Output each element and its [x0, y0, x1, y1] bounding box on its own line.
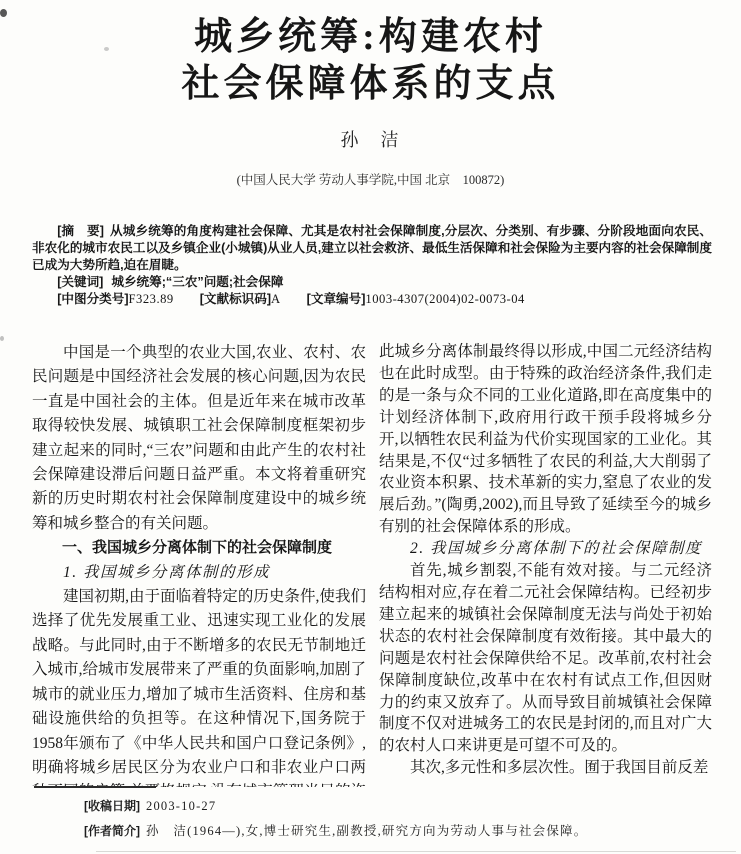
- abstract-label: [摘 要]: [57, 224, 104, 238]
- classification-line: [中图分类号]F323.89[文献标识码]A[文章编号]1003-4307(20…: [32, 291, 712, 308]
- paper-page: 城乡统筹:构建农村 社会保障体系的支点 孙 洁 (中国人民大学 劳动人事学院,中…: [0, 0, 741, 854]
- subsection-heading-2: 2. 我国城乡分离体制下的社会保障制度: [379, 538, 712, 560]
- article-meta: [摘 要]从城乡统筹的角度构建社会保障、尤其是农村社会保障制度,分层次、分类别、…: [32, 223, 712, 308]
- clc-value: F323.89: [129, 292, 174, 306]
- body-paragraph: 中国是一个典型的农业大国,农业、农村、农民问题是中国经济社会发展的核心问题,因为…: [32, 341, 366, 536]
- body-paragraph: 首先,城乡割裂,不能有效对接。与二元经济结构相对应,存在着二元社会保障结构。已经…: [379, 560, 712, 757]
- right-column: 此城乡分离体制最终得以形成,中国二元经济结构也在此时成型。由于特殊的政治经济条件…: [379, 341, 712, 787]
- footnote-block: [收稿日期]2003-10-27 [作者简介]孙 洁(1964—),女,博士研究…: [32, 786, 722, 844]
- footnote-separator: [34, 786, 156, 788]
- article-header: 城乡统筹:构建农村 社会保障体系的支点 孙 洁 (中国人民大学 劳动人事学院,中…: [0, 14, 741, 189]
- abstract: [摘 要]从城乡统筹的角度构建社会保障、尤其是农村社会保障制度,分层次、分类别、…: [32, 223, 712, 274]
- received-date-line: [收稿日期]2003-10-27: [32, 794, 722, 819]
- author-bio-value: 孙 洁(1964—),女,博士研究生,副教授,研究方向为劳动人事与社会保障。: [146, 824, 587, 838]
- author-bio-label: [作者简介]: [84, 824, 140, 838]
- author-name: 孙 洁: [0, 128, 741, 152]
- doc-code-label: [文献标识码]: [200, 292, 271, 306]
- keywords: [关键词]城乡统筹;“三农”问题;社会保障: [32, 274, 712, 291]
- section-heading-1: 一、我国城乡分离体制下的社会保障制度: [32, 536, 366, 560]
- keywords-text: 城乡统筹;“三农”问题;社会保障: [111, 275, 283, 289]
- article-id-value: 1003-4307(2004)02-0073-04: [365, 292, 524, 306]
- keywords-label: [关键词]: [57, 275, 103, 289]
- clc-label: [中图分类号]: [57, 292, 128, 306]
- doc-code-value: A: [271, 292, 281, 306]
- body-paragraph: 建国初期,由于面临着特定的历史条件,使我们选择了优先发展重工业、迅速实现工业化的…: [32, 585, 366, 787]
- received-date-value: 2003-10-27: [146, 799, 216, 813]
- subsection-heading-1: 1. 我国城乡分离体制的形成: [32, 561, 366, 585]
- received-date-label: [收稿日期]: [84, 799, 140, 813]
- body-paragraph: 其次,多元性和多层次性。囿于我国目前反差: [379, 757, 712, 779]
- body-columns: 中国是一个典型的农业大国,农业、农村、农民问题是中国经济社会发展的核心问题,因为…: [32, 341, 712, 787]
- scan-speck-artifact: [0, 336, 4, 341]
- body-paragraph: 此城乡分离体制最终得以形成,中国二元经济结构也在此时成型。由于特殊的政治经济条件…: [379, 341, 712, 538]
- author-bio-line: [作者简介]孙 洁(1964—),女,博士研究生,副教授,研究方向为劳动人事与社…: [32, 819, 722, 844]
- article-title-line2: 社会保障体系的支点: [0, 61, 741, 108]
- left-column: 中国是一个典型的农业大国,农业、农村、农民问题是中国经济社会发展的核心问题,因为…: [32, 341, 366, 787]
- author-affiliation: (中国人民大学 劳动人事学院,中国 北京 100872): [0, 171, 741, 189]
- abstract-text: 从城乡统筹的角度构建社会保障、尤其是农村社会保障制度,分层次、分类别、有步骤、分…: [32, 224, 712, 272]
- article-title-line1: 城乡统筹:构建农村: [0, 14, 741, 61]
- scan-streak-artifact: [96, 851, 736, 852]
- article-id-label: [文章编号]: [307, 292, 366, 306]
